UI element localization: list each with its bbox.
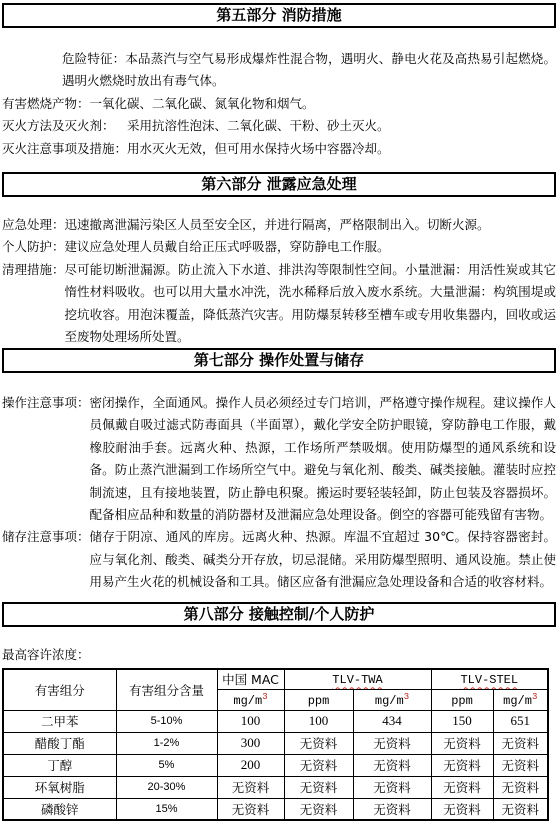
cell-twa-mg: 434	[353, 710, 431, 732]
emergency-treatment-label: 应急处理：	[2, 214, 65, 236]
section5-header: 第五部分 消防措施	[2, 3, 556, 28]
handling-precautions-row: 操作注意事项： 密闭操作，全面通风。操作人员必须经过专门培训，严格遵守操作规程。…	[2, 392, 556, 526]
cell-component: 二甲苯	[3, 710, 116, 732]
cell-mac: 200	[217, 754, 284, 776]
cell-content: 5%	[116, 754, 217, 776]
table-row-zinc-phosphate: 磷酸锌 15% 无资料 无资料 无资料 无资料 无资料	[3, 798, 548, 820]
hazard-characteristics-paragraph: 危险特征：本品蒸汽与空气易形成爆炸性混合物，遇明火、静电火花及高热易引起燃烧。遇…	[62, 48, 556, 93]
header-tlv-twa: TLV-TWA	[284, 669, 431, 689]
cell-mac: 无资料	[217, 776, 284, 798]
cell-twa-ppm: 无资料	[284, 754, 353, 776]
section7-header: 第七部分 操作处置与储存	[2, 348, 556, 373]
storage-precautions-text: 储存于阴凉、通风的库房。远离火种、热源。库温不宜超过 30℃。保持容器密封。应与…	[90, 526, 556, 593]
cell-twa-ppm: 无资料	[284, 732, 353, 754]
emergency-treatment-row: 应急处理： 迅速撤离泄漏污染区人员至安全区，并进行隔离，严格限制出入。切断火源。	[2, 214, 556, 236]
firefighting-precautions-row: 灭火注意事项及措施： 用水灭火无效，但可用水保持火场中容器冷却。	[2, 138, 556, 160]
max-allowed-concentration-label: 最高容许浓度：	[2, 645, 556, 665]
cell-component: 磷酸锌	[3, 798, 116, 820]
cell-twa-ppm: 无资料	[284, 776, 353, 798]
cell-content: 20-30%	[116, 776, 217, 798]
cleanup-measures-label: 清理措施：	[2, 259, 65, 281]
cell-content: 1-2%	[116, 732, 217, 754]
cell-content: 5-10%	[116, 710, 217, 732]
hazard-characteristics-label: 危险特征：	[62, 51, 125, 66]
combustion-products-text: 一氧化碳、二氧化碳、氮氧化物和烟气。	[90, 93, 556, 115]
cell-stel-ppm: 150	[431, 710, 493, 732]
cell-twa-ppm: 无资料	[284, 798, 353, 820]
cell-component: 丁醇	[3, 754, 116, 776]
cleanup-measures-text: 尽可能切断泄漏源。防止流入下水道、排洪沟等限制性空间。小量泄漏：用活性炭或其它惰…	[65, 259, 556, 349]
extinguishing-method-text: 采用抗溶性泡沫、二氧化碳、干粉、砂土灭火。	[115, 115, 556, 137]
header-unit-twa-ppm: ppm	[284, 689, 353, 710]
cleanup-measures-row: 清理措施： 尽可能切断泄漏源。防止流入下水道、排洪沟等限制性空间。小量泄漏：用活…	[2, 259, 556, 349]
section6-title: 第六部分 泄露应急处理	[201, 175, 356, 193]
cell-twa-mg: 无资料	[353, 732, 431, 754]
section8-header: 第八部分 接触控制/个人防护	[2, 602, 556, 627]
cell-component: 环氧树脂	[3, 776, 116, 798]
section8-title: 第八部分 接触控制/个人防护	[184, 605, 375, 623]
extinguishing-method-label: 灭火方法及灭火剂：	[2, 115, 115, 137]
cell-twa-ppm: 100	[284, 710, 353, 732]
cell-component: 醋酸丁酯	[3, 732, 116, 754]
table-header-row-groups: 有害组分 有害组分含量 中国 MAC TLV-TWA TLV-STEL	[3, 669, 548, 689]
personal-protection-label: 个人防护：	[2, 236, 65, 258]
header-unit-mac-mg: mg/m3	[217, 689, 284, 710]
cell-stel-ppm: 无资料	[431, 776, 493, 798]
handling-precautions-text: 密闭操作，全面通风。操作人员必须经过专门培训，严格遵守操作规程。建议操作人员佩戴…	[90, 392, 556, 526]
section5-content: 危险特征：本品蒸汽与空气易形成爆炸性混合物，遇明火、静电火花及高热易引起燃烧。遇…	[2, 48, 556, 160]
cell-stel-mg: 无资料	[493, 798, 548, 820]
firefighting-precautions-label: 灭火注意事项及措施：	[2, 138, 127, 160]
cell-stel-mg: 无资料	[493, 732, 548, 754]
header-unit-stel-ppm: ppm	[431, 689, 493, 710]
header-content: 有害组分含量	[116, 669, 217, 710]
handling-precautions-label: 操作注意事项：	[2, 392, 90, 414]
emergency-treatment-text: 迅速撤离泄漏污染区人员至安全区，并进行隔离，严格限制出入。切断火源。	[65, 214, 556, 236]
storage-precautions-row: 储存注意事项： 储存于阴凉、通风的库房。远离火种、热源。库温不宜超过 30℃。保…	[2, 526, 556, 593]
table-row-xylene: 二甲苯 5-10% 100 100 434 150 651	[3, 710, 548, 732]
firefighting-precautions-text: 用水灭火无效，但可用水保持火场中容器冷却。	[127, 138, 556, 160]
header-tlv-stel: TLV-STEL	[431, 669, 548, 689]
section6-content: 应急处理： 迅速撤离泄漏污染区人员至安全区，并进行隔离，严格限制出入。切断火源。…	[2, 214, 556, 348]
section7-title: 第七部分 操作处置与储存	[194, 351, 364, 369]
hazard-characteristics-text: 本品蒸汽与空气易形成爆炸性混合物，遇明火、静电火花及高热易引起燃烧。遇明火燃烧时…	[62, 51, 556, 88]
cell-mac: 300	[217, 732, 284, 754]
combustion-products-label: 有害燃烧产物：	[2, 93, 90, 115]
section7-content: 操作注意事项： 密闭操作，全面通风。操作人员必须经过专门培训，严格遵守操作规程。…	[2, 392, 556, 594]
cell-twa-mg: 无资料	[353, 776, 431, 798]
header-component: 有害组分	[3, 669, 116, 710]
cell-stel-mg: 651	[493, 710, 548, 732]
cell-stel-ppm: 无资料	[431, 798, 493, 820]
section5-title: 第五部分 消防措施	[216, 6, 341, 24]
cell-twa-mg: 无资料	[353, 798, 431, 820]
cell-content: 15%	[116, 798, 217, 820]
cell-twa-mg: 无资料	[353, 754, 431, 776]
header-china-mac: 中国 MAC	[217, 669, 284, 689]
personal-protection-row: 个人防护： 建议应急处理人员戴自给正压式呼吸器，穿防静电工作服。	[2, 236, 556, 258]
exposure-limits-table: 有害组分 有害组分含量 中国 MAC TLV-TWA TLV-STEL mg/m…	[2, 668, 549, 821]
cell-stel-ppm: 无资料	[431, 732, 493, 754]
cell-mac: 无资料	[217, 798, 284, 820]
storage-precautions-label: 储存注意事项：	[2, 526, 90, 548]
table-row-butyl-acetate: 醋酸丁酯 1-2% 300 无资料 无资料 无资料 无资料	[3, 732, 548, 754]
cell-mac: 100	[217, 710, 284, 732]
cell-stel-ppm: 无资料	[431, 754, 493, 776]
cell-stel-mg: 无资料	[493, 754, 548, 776]
personal-protection-text: 建议应急处理人员戴自给正压式呼吸器，穿防静电工作服。	[65, 236, 556, 258]
cell-stel-mg: 无资料	[493, 776, 548, 798]
extinguishing-method-row: 灭火方法及灭火剂： 采用抗溶性泡沫、二氧化碳、干粉、砂土灭火。	[2, 115, 556, 137]
header-unit-stel-mg: mg/m3	[493, 689, 548, 710]
msds-document-page: { "colors": { "text": "#000000", "border…	[0, 0, 558, 825]
header-unit-twa-mg: mg/m3	[353, 689, 431, 710]
section6-header: 第六部分 泄露应急处理	[2, 172, 556, 197]
table-row-butanol: 丁醇 5% 200 无资料 无资料 无资料 无资料	[3, 754, 548, 776]
combustion-products-row: 有害燃烧产物： 一氧化碳、二氧化碳、氮氧化物和烟气。	[2, 93, 556, 115]
table-row-epoxy-resin: 环氧树脂 20-30% 无资料 无资料 无资料 无资料 无资料	[3, 776, 548, 798]
